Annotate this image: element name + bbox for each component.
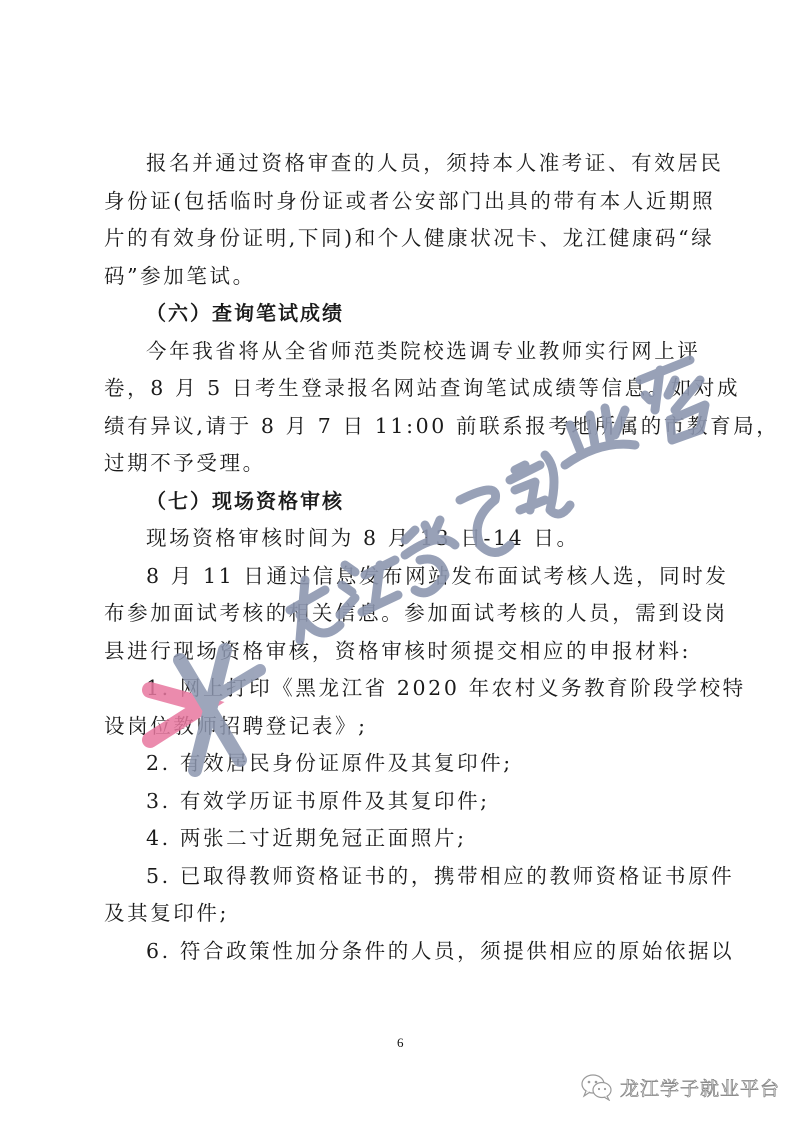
text-line: 设岗位教师招聘登记表》; (104, 708, 694, 746)
footer-brand-text: 龙江学子就业平台 (620, 1074, 780, 1101)
list-item-diploma: 3. 有效学历证书原件及其复印件; (104, 783, 694, 821)
document-body: 报名并通过资格审查的人员，须持本人准考证、有效居民 身份证(包括临时身份证或者公… (104, 145, 694, 970)
paragraph-review-dates: 现场资格审核时间为 8 月 13 日-14 日。 (104, 520, 694, 558)
section-heading-check-scores: （六）查询笔试成绩 (104, 295, 694, 333)
text-line: 布参加面试考核的相关信息。参加面试考核的人员，需到设岗 (104, 595, 694, 633)
text-line: 码”参加笔试。 (104, 258, 694, 296)
paragraph-interview-notice: 8 月 11 日通过信息发布网站发布面试考核人选，同时发 布参加面试考核的相关信… (104, 558, 694, 671)
text-line: 3. 有效学历证书原件及其复印件; (104, 783, 694, 821)
text-line: 卷，8 月 5 日考生登录报名网站查询笔试成绩等信息。如对成 (104, 370, 694, 408)
text-line: 绩有异议,请于 8 月 7 日 11:00 前联系报考地所属的市教育局， (104, 408, 694, 446)
text-line: 报名并通过资格审查的人员，须持本人准考证、有效居民 (104, 145, 694, 183)
text-line: 6. 符合政策性加分条件的人员，须提供相应的原始依据以 (104, 933, 694, 971)
text-line: 4. 两张二寸近期免冠正面照片; (104, 820, 694, 858)
text-line: 5. 已取得教师资格证书的，携带相应的教师资格证书原件 (104, 858, 694, 896)
list-item-photos: 4. 两张二寸近期免冠正面照片; (104, 820, 694, 858)
list-item-teacher-certificate: 5. 已取得教师资格证书的，携带相应的教师资格证书原件 及其复印件; (104, 858, 694, 933)
text-line: 2. 有效居民身份证原件及其复印件; (104, 745, 694, 783)
list-item-bonus-points: 6. 符合政策性加分条件的人员，须提供相应的原始依据以 (104, 933, 694, 971)
paragraph-exam-id-requirements: 报名并通过资格审查的人员，须持本人准考证、有效居民 身份证(包括临时身份证或者公… (104, 145, 694, 295)
page-number: 6 (397, 1035, 404, 1051)
text-line: 8 月 11 日通过信息发布网站发布面试考核人选，同时发 (104, 558, 694, 596)
document-page: 报名并通过资格审查的人员，须持本人准考证、有效居民 身份证(包括临时身份证或者公… (0, 0, 793, 1122)
text-line: 县进行现场资格审核，资格审核时须提交相应的申报材料: (104, 633, 694, 671)
text-line: 1. 网上打印《黑龙江省 2020 年农村义务教育阶段学校特 (104, 670, 694, 708)
list-item-id-card: 2. 有效居民身份证原件及其复印件; (104, 745, 694, 783)
section-heading-onsite-review: （七）现场资格审核 (104, 483, 694, 521)
text-line: 过期不予受理。 (104, 445, 694, 483)
text-line: 身份证(包括临时身份证或者公安部门出具的带有本人近期照 (104, 183, 694, 221)
text-line: 今年我省将从全省师范类院校选调专业教师实行网上评 (104, 333, 694, 371)
paragraph-score-inquiry: 今年我省将从全省师范类院校选调专业教师实行网上评 卷，8 月 5 日考生登录报名… (104, 333, 694, 483)
text-line: 及其复印件; (104, 895, 694, 933)
text-line: 片的有效身份证明,下同)和个人健康状况卡、龙江健康码“绿 (104, 220, 694, 258)
wechat-icon (580, 1073, 614, 1101)
footer-brand: 龙江学子就业平台 (580, 1073, 780, 1101)
list-item-registration-form: 1. 网上打印《黑龙江省 2020 年农村义务教育阶段学校特 设岗位教师招聘登记… (104, 670, 694, 745)
text-line: 现场资格审核时间为 8 月 13 日-14 日。 (104, 520, 694, 558)
